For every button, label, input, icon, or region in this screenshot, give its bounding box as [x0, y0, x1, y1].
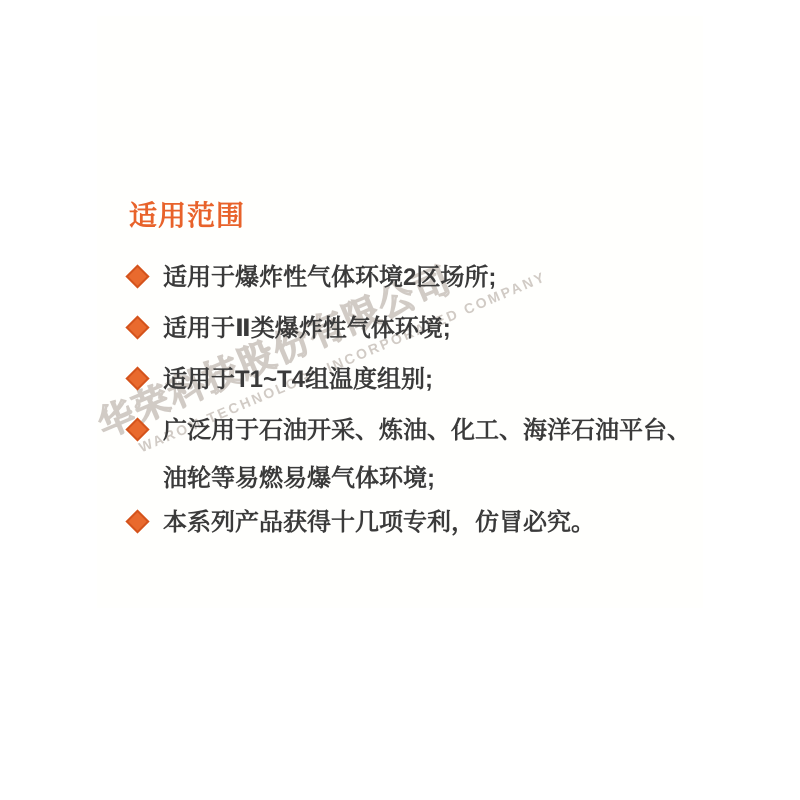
bullet-text: 油轮等易燃易爆气体环境; [163, 455, 686, 503]
list-item: 本系列产品获得十几项专利，仿冒必究。 [126, 499, 686, 547]
diamond-bullet-icon [125, 315, 149, 339]
bullet-text: 适用于T1~T4组温度组别; [163, 356, 686, 404]
diamond-bullet-icon [125, 264, 149, 288]
diamond-bullet-icon [125, 509, 149, 533]
diamond-bullet-icon [125, 417, 149, 441]
page: 华荣科技股份有限公司 WAROM TECHNOLOGY INCORPORATED… [0, 0, 800, 800]
list-item: 适用于Ⅱ类爆炸性气体环境; [126, 305, 686, 353]
bullet-text: 适用于爆炸性气体环境2区场所; [163, 254, 686, 302]
page-title: 适用范围 [129, 194, 245, 234]
bullet-text: 本系列产品获得十几项专利，仿冒必究。 [163, 499, 686, 547]
bullet-list: 适用于爆炸性气体环境2区场所;适用于Ⅱ类爆炸性气体环境;适用于T1~T4组温度组… [126, 254, 686, 550]
list-item: 适用于T1~T4组温度组别; [126, 356, 686, 404]
bullet-text: 适用于Ⅱ类爆炸性气体环境; [163, 305, 686, 353]
list-item: 适用于爆炸性气体环境2区场所; [126, 254, 686, 302]
diamond-bullet-icon [125, 366, 149, 390]
bullet-text: 广泛用于石油开采、炼油、化工、海洋石油平台、 [163, 407, 686, 455]
list-item: 广泛用于石油开采、炼油、化工、海洋石油平台、油轮等易燃易爆气体环境; [126, 407, 686, 503]
